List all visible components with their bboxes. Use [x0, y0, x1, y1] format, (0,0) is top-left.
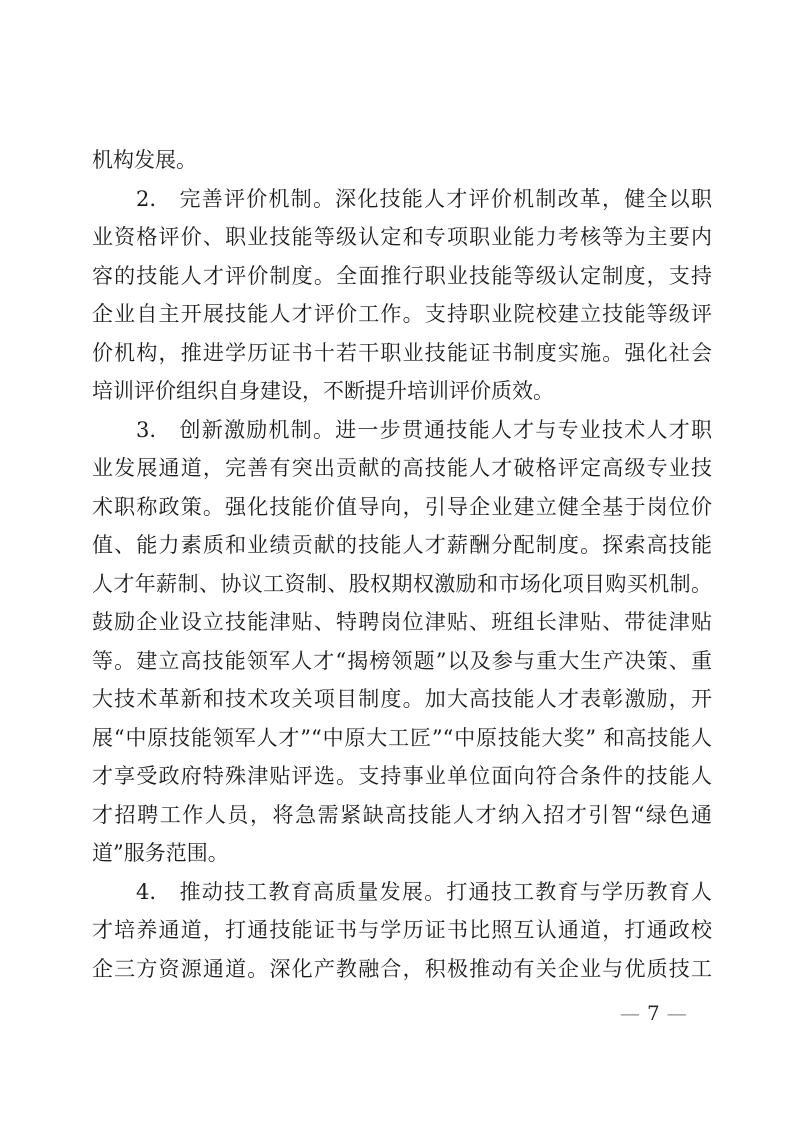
text-line: 业资格评价、职业技能等级认定和专项职业能力考核等为主要内	[92, 218, 712, 257]
text-line: 3. 创新激励机制。进一步贯通技能人才与专业技术人才职	[92, 411, 712, 450]
page-number-dash-right: —	[667, 1000, 687, 1026]
text-line: 业发展通道，完善有突出贡献的高技能人才破格评定高级专业技	[92, 449, 712, 488]
text-line: 人才年薪制、协议工资制、股权期权激励和市场化项目购买机制。	[92, 565, 712, 604]
text-line: 价机构，推进学历证书十若干职业技能证书制度实施。强化社会	[92, 334, 712, 373]
text-line: 鼓励企业设立技能津贴、特聘岗位津贴、班组长津贴、带徒津贴	[92, 603, 712, 642]
text-line: 大技术革新和技术攻关项目制度。加大高技能人才表彰激励，开	[92, 680, 712, 719]
text-line: 展“中原技能领军人才”“中原大工匠”“中原技能大奖” 和高技能人	[92, 719, 712, 758]
text-line: 企三方资源通道。深化产教融合，积极推动有关企业与优质技工	[92, 950, 712, 989]
text-line: 2. 完善评价机制。深化技能人才评价机制改革，健全以职	[92, 180, 712, 219]
text-line: 机构发展。	[92, 141, 712, 180]
text-line: 4. 推动技工教育高质量发展。打通技工教育与学历教育人	[92, 873, 712, 912]
page-number: — 7 —	[620, 1000, 687, 1026]
text-line: 企业自主开展技能人才评价工作。支持职业院校建立技能等级评	[92, 295, 712, 334]
text-line: 术职称政策。强化技能价值导向，引导企业建立健全基于岗位价	[92, 488, 712, 527]
text-line: 等。建立高技能领军人才“揭榜领题”以及参与重大生产决策、重	[92, 642, 712, 681]
document-page: 机构发展。2. 完善评价机制。深化技能人才评价机制改革，健全以职业资格评价、职业…	[0, 0, 793, 1122]
text-line: 才培养通道，打通技能证书与学历证书比照互认通道，打通政校	[92, 911, 712, 950]
text-lines: 机构发展。2. 完善评价机制。深化技能人才评价机制改革，健全以职业资格评价、职业…	[92, 141, 712, 988]
text-line: 才享受政府特殊津贴评选。支持事业单位面向符合条件的技能人	[92, 757, 712, 796]
text-line: 培训评价组织自身建设，不断提升培训评价质效。	[92, 372, 712, 411]
page-number-value: 7	[647, 1000, 660, 1026]
text-line: 容的技能人才评价制度。全面推行职业技能等级认定制度，支持	[92, 257, 712, 296]
text-line: 值、能力素质和业绩贡献的技能人才薪酬分配制度。探索高技能	[92, 526, 712, 565]
page-number-dash-left: —	[620, 1000, 640, 1026]
text-line: 道”服务范围。	[92, 834, 712, 873]
text-line: 才招聘工作人员，将急需紧缺高技能人才纳入招才引智“绿色通	[92, 796, 712, 835]
